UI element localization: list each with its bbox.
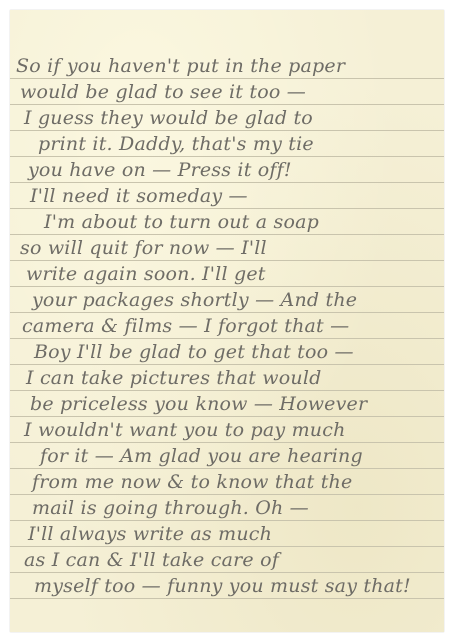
handwritten-line: write again soon. I'll get	[26, 263, 266, 285]
handwritten-line: so will quit for now — I'll	[20, 237, 267, 259]
handwritten-line: be priceless you know — However	[30, 393, 367, 415]
handwritten-line: I'll need it someday —	[30, 185, 248, 207]
handwritten-text: So if you haven't put in the paper would…	[10, 10, 444, 632]
handwritten-line: you have on — Press it off!	[28, 159, 292, 181]
handwritten-line: camera & films — I forgot that —	[22, 315, 349, 337]
handwritten-line: myself too — funny you must say that!	[34, 575, 411, 597]
handwritten-line: I wouldn't want you to pay much	[24, 419, 346, 441]
handwritten-line: I guess they would be glad to	[24, 107, 313, 129]
handwritten-line: Boy I'll be glad to get that too —	[34, 341, 354, 363]
handwritten-line: I can take pictures that would	[26, 367, 321, 389]
handwritten-line: for it — Am glad you are hearing	[40, 445, 363, 467]
handwritten-line: print it. Daddy, that's my tie	[38, 133, 314, 155]
handwritten-line: from me now & to know that the	[32, 471, 352, 493]
handwritten-line: your packages shortly — And the	[32, 289, 357, 311]
handwritten-line: So if you haven't put in the paper	[16, 55, 345, 77]
handwritten-line: mail is going through. Oh —	[32, 497, 309, 519]
letter-page: So if you haven't put in the paper would…	[10, 10, 444, 632]
handwritten-line: would be glad to see it too —	[20, 81, 306, 103]
handwritten-line: I'll always write as much	[28, 523, 272, 545]
handwritten-line: I'm about to turn out a soap	[44, 211, 319, 233]
handwritten-line: as I can & I'll take care of	[24, 549, 279, 571]
